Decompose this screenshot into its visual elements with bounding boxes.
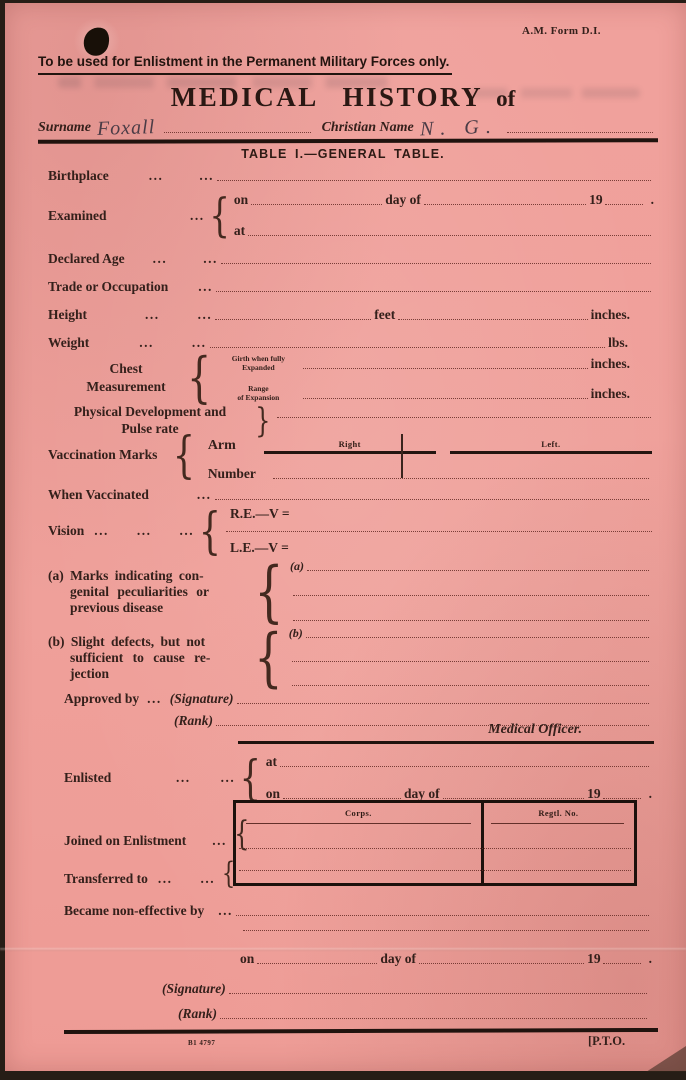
chest-label-line2: Measurement [70,378,182,396]
arm-line: Arm Right Left. [200,428,652,454]
dot-leader: ... [147,691,162,707]
field-vision: Vision ... ... ... { R.E.—V = L.E.—V = [48,506,652,556]
regtl-header: Regtl. No. [483,808,634,818]
chest-lines: Girth when fully Expanded inches. Range … [216,352,630,404]
corps-table: Corps. Regtl. No. [233,800,637,886]
dot-leader: ... [198,307,213,323]
dot-leader: ... [218,903,233,919]
dotted-line [220,1018,647,1019]
field-signature: (Signature) [162,981,650,997]
pto-note: [P.T.O. [588,1034,625,1048]
dotted-line [303,368,587,369]
medical-officer: Medical Officer. [488,722,582,738]
marks-a-label-line2: genital peculiarities or [70,584,248,600]
dot-leader: ... [137,523,152,539]
usage-note-text: To be used for Enlistment in the Permane… [38,54,449,70]
field-joined: Joined on Enlistment ... { [64,820,253,849]
dotted-line [239,870,631,871]
brace: { [173,434,195,477]
year-label: 19 [589,192,603,208]
marks-b-label-line1: (b) Slight defects, but not [48,634,248,650]
field-non-effective: Became non-effective by ... [64,903,652,919]
field-date: on day of 19 . [240,951,652,967]
girth-sublabel: Girth when fully Expanded [216,354,300,372]
dotted-line [273,478,649,479]
field-weight: Weight ... ... lbs. [48,335,628,351]
rank-label: (Rank) [174,713,213,729]
dotted-line [292,685,649,686]
dotted-line [605,204,643,205]
marks-a-label-line1: (a) Marks indicating con- [48,568,248,584]
field-height: Height ... ... feet inches. [48,307,630,323]
dot-leader: ... [212,833,227,849]
dotted-line [248,235,651,236]
dotted-line [280,766,649,767]
dot-leader: ... [190,208,205,224]
medical-officer-text: Medical Officer. [488,722,582,738]
marks-a-lines: (a) [290,558,652,626]
enlisted-at-line: at [266,754,652,770]
vision-lines: R.E.—V = L.E.—V = [226,504,652,558]
section-rule [238,741,654,744]
when-vaccinated-label: When Vaccinated [48,487,149,503]
left-arm-column: Left. [450,440,652,454]
dot-leader: ... [180,523,195,539]
feet-label: feet [374,307,395,323]
number-line: Number [200,466,652,482]
dot-leader: ... [198,279,213,295]
dotted-line [257,963,377,964]
solid-line [450,451,652,454]
range-sublabel-line1: Range [248,384,268,393]
header-underline [246,823,471,824]
lbs-label: lbs. [608,335,628,351]
page-title-suffix: of [496,86,515,112]
dotted-line [293,620,649,621]
inches-label: inches. [591,356,630,372]
inches-label: inches. [591,386,630,402]
dotted-line [239,848,631,849]
dotted-line [217,180,651,181]
examined-on-line: on day of 19 . [234,192,654,208]
usage-note: To be used for Enlistment in the Permane… [38,54,452,75]
dotted-line [398,319,587,320]
dotted-line [303,398,587,399]
field-declared-age: Declared Age ... ... [48,251,654,267]
chest-range-line: Range of Expansion inches. [216,384,630,402]
height-label: Height [48,307,87,323]
period: . [649,786,652,802]
dot-leader: ... [200,871,215,887]
dotted-line [277,417,651,418]
marks-b-line1: (b) [289,627,652,641]
marks-b-label-line2: sufficient to cause re- [70,650,248,666]
examined-lines: on day of 19 . at [234,189,654,242]
dotted-line [424,204,586,205]
dotted-line [216,291,651,292]
approved-label: Approved by [64,691,139,707]
at-label: at [266,754,277,770]
dotted-line [293,595,649,596]
year-label: 19 [587,951,601,967]
enlisted-lines: at on day of 19 . [266,751,652,805]
form-code: A.M. Form D.I. [522,25,601,38]
right-eye-value: R.E.—V = [226,506,652,522]
chest-label: Chest Measurement [70,352,182,404]
dotted-line [215,319,371,320]
brace: { [234,820,249,849]
dotted-line [419,963,584,964]
on-label: on [240,951,254,967]
weight-label: Weight [48,335,89,351]
vaccination-lines: Arm Right Left. Number [200,428,652,482]
name-line: Surname Foxall Christian Name N. G. [38,110,656,136]
dotted-line [306,637,649,638]
dotted-line [210,347,606,348]
brace: { [187,355,211,401]
dot-leader: ... [153,251,168,267]
signature-label: (Signature) [170,691,234,707]
field-vaccination: Vaccination Marks { Arm Right Left. Numb… [48,428,652,482]
header-underline [491,823,624,824]
marks-b-line2 [289,661,652,665]
vaccination-label: Vaccination Marks [48,447,168,463]
christian-name-value: N. G. [419,116,498,142]
dot-leader: ... [94,523,109,539]
table-heading: TABLE I.—GENERAL TABLE. [0,147,686,161]
dot-leader: ... [203,251,218,267]
on-label: on [234,192,248,208]
dot-leader: ... [197,487,212,503]
dotted-line [226,531,652,532]
page-title: MEDICAL HISTORY of [0,82,686,113]
dot-leader: ... [199,168,214,184]
brace: { [209,196,229,235]
number-label: Number [200,466,270,482]
girth-sublabel-line1: Girth when fully [232,354,285,363]
chest-girth-line: Girth when fully Expanded inches. [216,354,630,372]
physical-label-line1: Physical Development and [48,404,252,421]
dotted-line [603,798,641,799]
field-trade: Trade or Occupation ... [48,279,654,295]
field-birthplace: Birthplace ... ... [48,168,654,184]
christian-name-label: Christian Name [322,120,414,136]
solid-line [264,451,436,454]
scanned-form-page: A.M. Form D.I. To be used for Enlistment… [0,0,686,1080]
field-enlisted: Enlisted ... ... { at on day of 19 . [64,754,652,802]
birthplace-label: Birthplace [48,168,109,184]
examined-label: Examined [48,208,144,224]
dotted-line [221,263,651,264]
dotted-line [251,204,382,205]
trade-label: Trade or Occupation [48,279,168,295]
transferred-label: Transferred to [64,871,148,887]
form-code-text: A.M. Form D.I. [522,25,601,38]
dotted-line [243,930,649,931]
dot-leader: ... [139,335,154,351]
marks-a-tag: (a) [290,560,304,574]
right-header: Right [264,440,436,450]
marks-a-line1: (a) [290,560,652,574]
dotted-line [603,963,641,964]
marks-b-lines: (b) [289,625,652,691]
period: . [651,192,654,208]
field-marks-a: (a) Marks indicating con- genital peculi… [48,560,652,624]
marks-b-label: (b) Slight defects, but not sufficient t… [48,634,248,682]
marks-a-line2 [290,595,652,599]
marks-b-line3 [289,685,652,689]
pto-text: [P.T.O. [588,1034,625,1048]
dot-leader: ... [145,307,160,323]
dotted-line [507,132,653,133]
dotted-line [283,798,401,799]
marks-b-label-line3: jection [70,666,248,682]
examined-at-line: at [234,223,654,239]
field-rank: (Rank) [178,1006,650,1022]
enlisted-label: Enlisted [64,770,148,786]
dotted-line [307,570,649,571]
joined-label: Joined on Enlistment [64,833,186,849]
marks-a-label-line3: previous disease [70,600,248,616]
marks-a-label: (a) Marks indicating con- genital peculi… [48,568,248,616]
dotted-line [292,661,649,662]
corps-header: Corps. [236,808,481,818]
dotted-line [443,798,585,799]
dot-leader: ... [158,871,173,887]
arm-column-divider [401,434,403,478]
signature-label: (Signature) [162,981,226,997]
dot-leader: ... [149,168,164,184]
marks-b-tag: (b) [289,627,303,641]
marks-a-line3 [290,620,652,624]
range-sublabel: Range of Expansion [216,384,300,402]
vision-label: Vision [48,523,84,539]
brace: { [222,861,235,887]
table-heading-text: TABLE I.—GENERAL TABLE. [241,147,445,161]
field-examined: Examined ... { on day of 19 . at [48,192,654,239]
dotted-line [215,499,649,500]
field-when-vaccinated: When Vaccinated ... [48,487,652,503]
non-effective-extra-line [240,924,652,934]
brace: { [240,758,261,799]
non-effective-label: Became non-effective by [64,903,204,919]
day-of-label: day of [380,951,416,967]
right-arm-column: Right [264,440,436,454]
dot-leader: ... [221,770,236,786]
dotted-line [236,915,649,916]
print-code-text: B1 4797 [188,1039,215,1047]
arm-label: Arm [200,438,264,454]
brace: { [254,631,283,685]
dotted-line [164,132,310,133]
dotted-line [216,725,649,726]
surname-value: Foxall [97,116,156,141]
field-marks-b: (b) Slight defects, but not sufficient t… [48,627,652,689]
dotted-line [229,993,647,994]
dot-leader: ... [176,770,191,786]
field-transferred: Transferred to ... ... { [64,861,238,887]
at-label: at [234,223,245,239]
dotted-line [237,703,649,704]
left-header: Left. [450,440,652,450]
brace: { [199,510,221,553]
page-title-text: MEDICAL HISTORY [171,82,483,113]
declared-age-label: Declared Age [48,251,125,267]
surname-label: Surname [38,120,91,136]
period: . [649,951,652,967]
chest-label-line1: Chest [70,360,182,378]
field-chest: Chest Measurement { Girth when fully Exp… [70,352,630,404]
day-of-label: day of [385,192,421,208]
inches-label: inches. [591,307,630,323]
torn-corner [646,1046,686,1072]
girth-sublabel-line2: Expanded [242,363,275,372]
left-eye-value: L.E.—V = [226,540,652,556]
print-code: B1 4797 [188,1039,215,1047]
rank-label: (Rank) [178,1006,217,1022]
field-approved: Approved by ... (Signature) [64,691,652,707]
brace: { [254,564,283,620]
